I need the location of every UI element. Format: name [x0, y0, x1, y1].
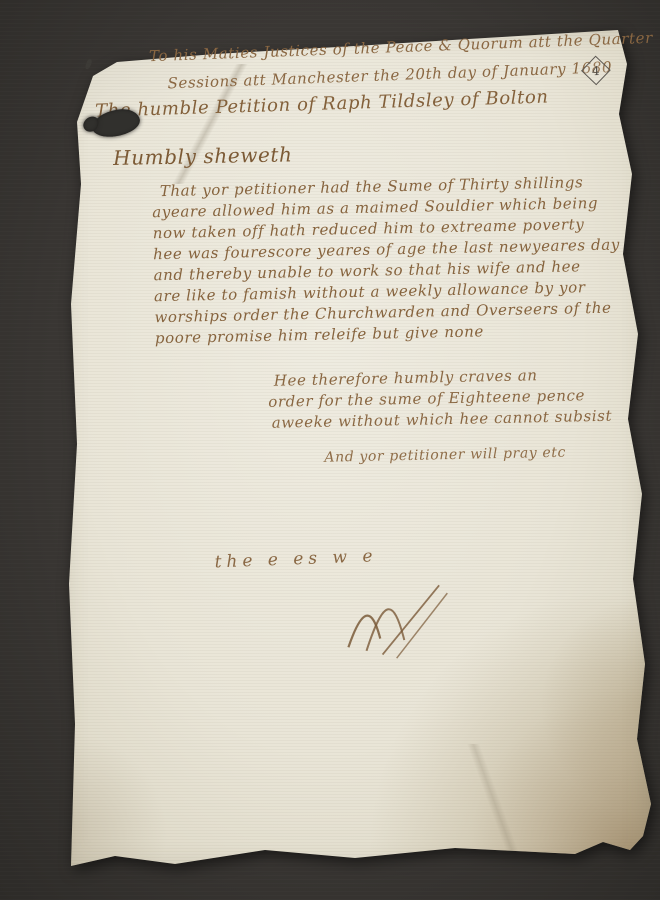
manuscript-ink-layer: To his Maties Justices of the Peace & Qu… [53, 13, 660, 877]
prayer-line: Hee therefore humbly craves an [274, 366, 538, 390]
prayer-line: aweeke without which hee cannot subsist [272, 407, 613, 432]
salutation-line: Humbly sheweth [113, 142, 293, 170]
body-line: poore promise him releife but give none [155, 322, 484, 347]
petition-title-line: The humble Petition of Raph Tildsley of … [95, 87, 549, 122]
pen-trials-line: the e es w e [214, 546, 378, 572]
ink-speck [85, 58, 93, 70]
stamp-number: 4 [592, 63, 600, 77]
pen-flourish-mark [335, 578, 487, 666]
prayer-line: order for the sume of Eighteene pence [268, 386, 585, 411]
closing-line: And yor petitioner will pray etc [324, 445, 566, 466]
